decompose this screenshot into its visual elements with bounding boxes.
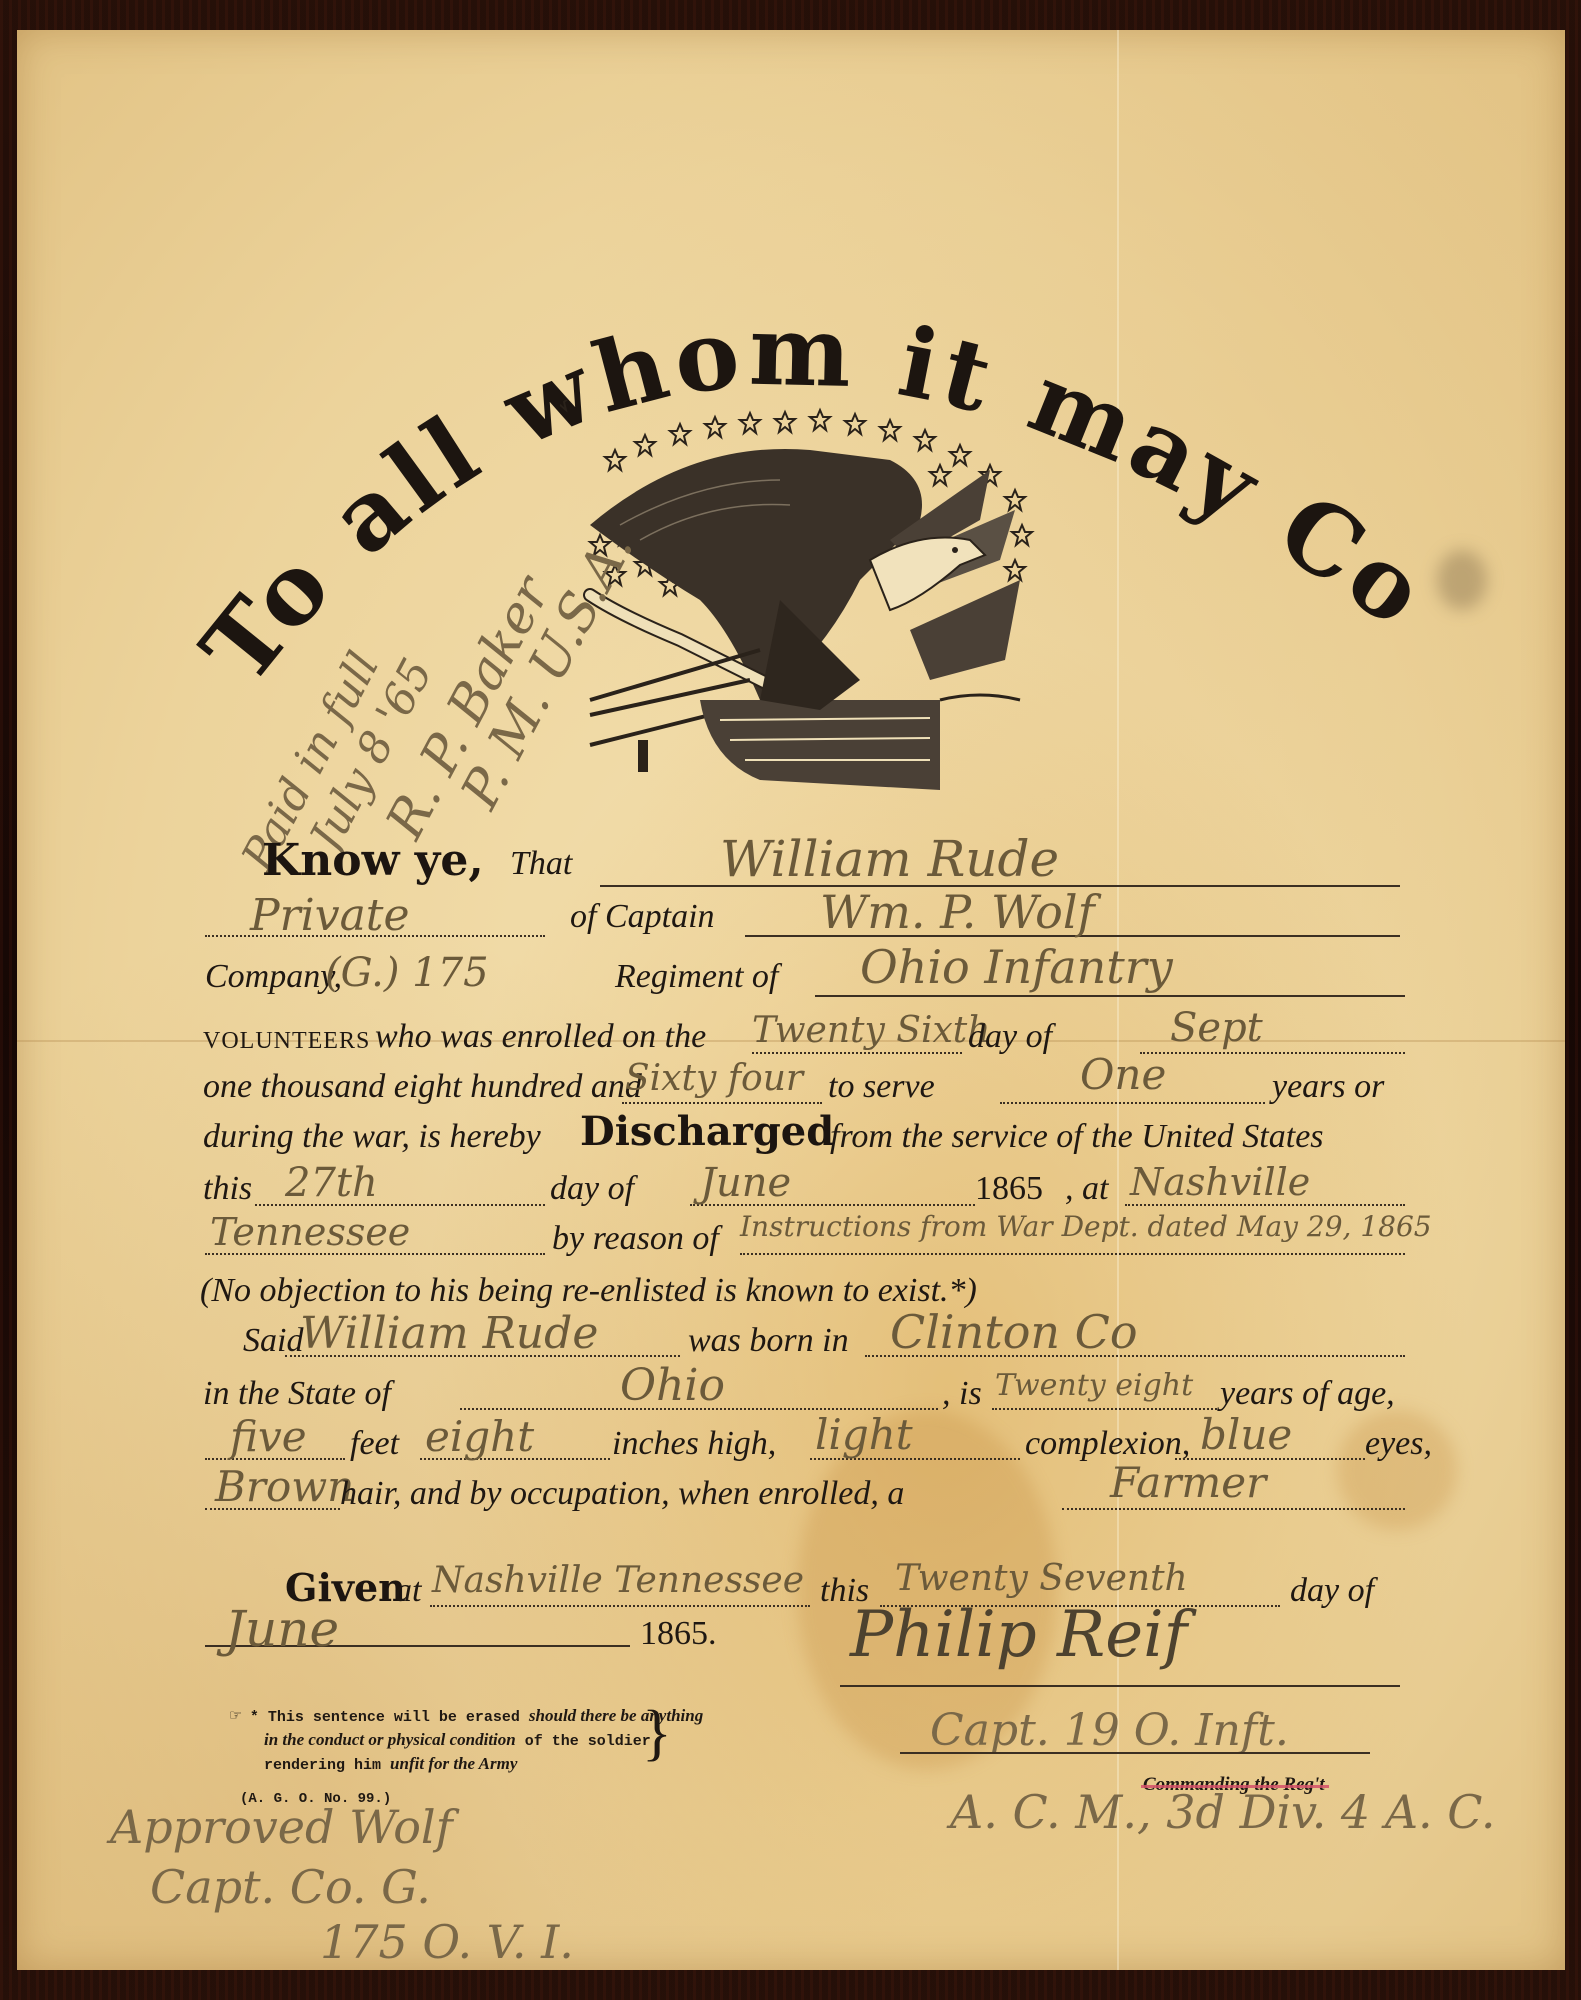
label-regiment-of: Regiment of [615,958,778,996]
label-this: this [203,1170,252,1208]
term-years: One [1080,1050,1166,1099]
label-day-of: day of [968,1018,1052,1056]
discharge-year: 1865 [975,1170,1043,1208]
height-feet: five [230,1412,307,1461]
discharge-month: June [700,1160,791,1206]
margin-note-acm: A. C. M., 3d Div. 4 A. C. [950,1785,1495,1839]
signature-title: Capt. 19 O. Inft. [930,1705,1289,1756]
label-volunteers: VOLUNTEERS [203,1028,370,1055]
given-place-line [430,1605,810,1607]
label-feet: feet [350,1425,399,1463]
said-name: William Rude [300,1308,598,1359]
given-place: Nashville Tennessee [432,1560,804,1601]
label-inches-high: inches high, [612,1425,776,1463]
draped-flag-icon [700,700,940,790]
label-given-at: at [395,1572,421,1610]
birth-state: Ohio [620,1360,725,1411]
discharge-reason: Instructions from War Dept. dated May 29… [740,1210,1432,1243]
label-that: That [510,845,572,883]
signature-line [840,1685,1400,1687]
eye-color: blue [1200,1410,1292,1459]
occupation: Farmer [1110,1458,1266,1507]
regiment-line [815,995,1405,997]
soldier-name: William Rude [720,830,1059,888]
soldier-age: Twenty eight [995,1368,1193,1403]
enrolled-month: Sept [1170,1005,1263,1051]
label-company: Company, [205,958,342,996]
given-day: Twenty Seventh [895,1558,1188,1599]
enrolled-year-line [622,1102,822,1104]
hair-color: Brown [215,1462,354,1511]
olive-branch-icon [940,695,1020,700]
discharge-day: 27th [285,1160,378,1206]
certificate-title: To all whom it may Concern: [0,0,1581,2000]
enrolled-month-line [1140,1052,1405,1054]
discharge-state: Tennessee [210,1210,410,1254]
term-line [1000,1102,1265,1104]
soldier-rank: Private [250,890,410,941]
label-from-service: from the service of the United States [830,1118,1324,1156]
age-line [992,1408,1217,1410]
commanding-officer-signature: Philip Reif [850,1598,1187,1672]
margin-note-approved: Approved Wolf [110,1800,453,1854]
occupation-line [1062,1508,1405,1510]
discharged-heading: Discharged [580,1108,834,1155]
enrolled-day-line [752,1052,962,1054]
label-during-war: during the war, is hereby [203,1118,541,1156]
label-one-thousand: one thousand eight hundred and [203,1068,642,1106]
reason-line [740,1253,1405,1255]
eagle-vignette [560,400,1040,820]
label-by-reason: by reason of [552,1220,719,1258]
label-of-captain: of Captain [570,898,715,936]
birthplace: Clinton Co [890,1305,1138,1359]
height-inches: eight [425,1412,534,1461]
given-year: 1865. [640,1615,717,1653]
label-in-state-of: in the State of [203,1375,391,1413]
label-is: , is [942,1375,982,1413]
regiment-value: Ohio Infantry [860,940,1173,994]
know-ye-heading: Know ye, [262,835,484,886]
label-born-in: was born in [688,1322,849,1360]
label-years-or: years or [1272,1068,1384,1106]
complexion-value: light [815,1410,913,1459]
company-value: (G.) 175 [325,950,489,996]
captain-name: Wm. P. Wolf [820,885,1095,939]
margin-note-regiment: 175 O. V. I. [320,1915,574,1969]
label-enrolled: who was enrolled on the [375,1018,706,1056]
label-years-of-age: years of age, [1220,1375,1395,1413]
title-line [900,1752,1370,1754]
label-given-day-of: day of [1290,1572,1374,1610]
label-hair-occupation: hair, and by occupation, when enrolled, … [340,1475,904,1513]
enrolled-day: Twenty Sixth [752,1010,990,1051]
discharge-place: Nashville [1130,1160,1310,1204]
no-objection-clause: (No objection to his being re-enlisted i… [200,1272,977,1310]
given-month: June [225,1600,339,1658]
enrolled-year: Sixty four [625,1058,803,1099]
margin-note-captain-company: Capt. Co. G. [150,1860,431,1914]
label-to-serve: to serve [828,1068,935,1106]
label-eyes: eyes, [1365,1425,1432,1463]
pointing-hand-icon: ☞ [230,1707,241,1727]
label-at: , at [1065,1170,1108,1208]
discharge-place-line [1125,1204,1405,1206]
footnote-brace: } [642,1703,672,1763]
erasure-footnote: ☞ * This sentence will be erased should … [230,1705,703,1777]
label-discharge-day-of: day of [550,1170,634,1208]
